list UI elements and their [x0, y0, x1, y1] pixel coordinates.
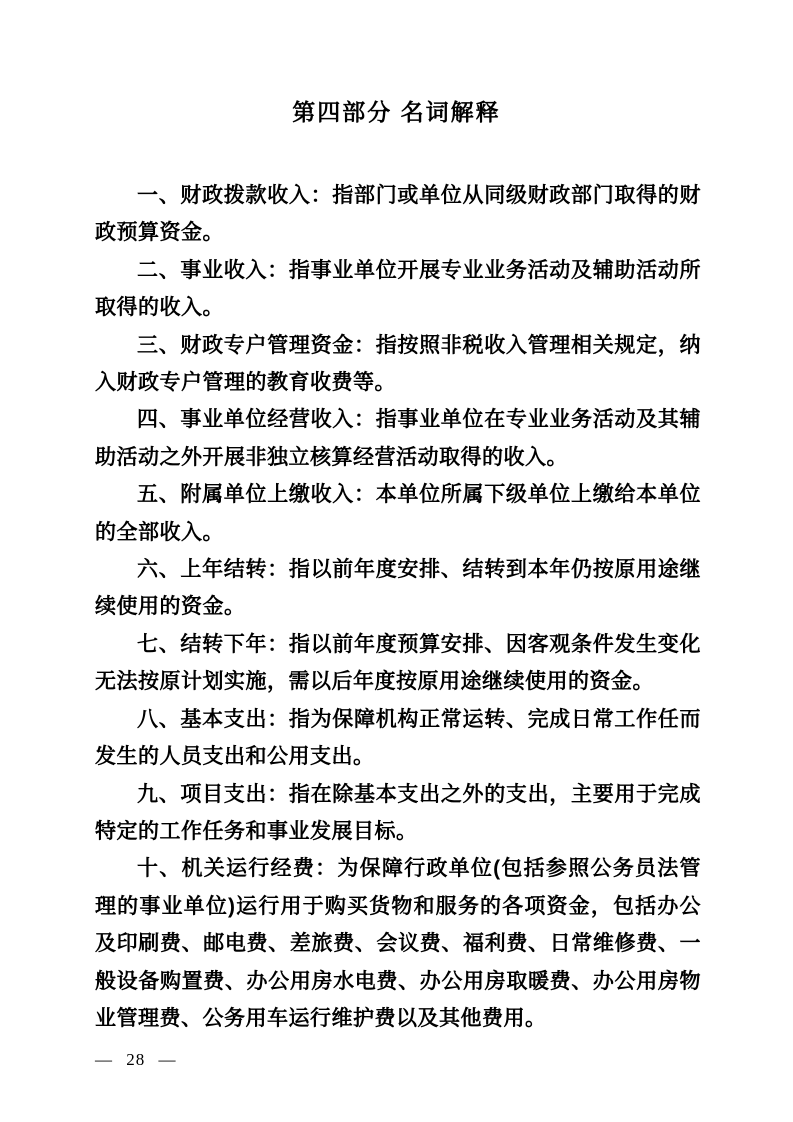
definition-paragraph-9: 九、项目支出：指在除基本支出之外的支出，主要用于完成特定的工作任务和事业发展目标…: [95, 776, 701, 851]
definition-paragraph-7: 七、结转下年：指以前年度预算安排、因客观条件发生变化无法按原计划实施，需以后年度…: [95, 626, 701, 701]
definition-paragraph-2: 二、事业收入：指事业单位开展专业业务活动及辅助活动所取得的收入。: [95, 252, 701, 327]
definition-paragraph-5: 五、附属单位上缴收入：本单位所属下级单位上缴给本单位的全部收入。: [95, 476, 701, 551]
definition-paragraph-10: 十、机关运行经费：为保障行政单位(包括参照公务员法管理的事业单位)运行用于购买货…: [95, 850, 701, 1037]
definition-paragraph-8: 八、基本支出：指为保障机构正常运转、完成日常工作任而发生的人员支出和公用支出。: [95, 701, 701, 776]
definition-paragraph-6: 六、上年结转：指以前年度安排、结转到本年仍按原用途继续使用的资金。: [95, 551, 701, 626]
definition-paragraph-4: 四、事业单位经营收入：指事业单位在专业业务活动及其辅助活动之外开展非独立核算经营…: [95, 401, 701, 476]
document-page: 第四部分 名词解释 一、财政拨款收入：指部门或单位从同级财政部门取得的财政预算资…: [0, 0, 793, 1122]
definitions-list: 一、财政拨款收入：指部门或单位从同级财政部门取得的财政预算资金。 二、事业收入：…: [95, 177, 701, 1037]
definition-paragraph-1: 一、财政拨款收入：指部门或单位从同级财政部门取得的财政预算资金。: [95, 177, 701, 252]
page-title: 第四部分 名词解释: [0, 0, 793, 127]
definition-paragraph-3: 三、财政专户管理资金：指按照非税收入管理相关规定，纳入财政专户管理的教育收费等。: [95, 327, 701, 402]
page-number: — 28 —: [95, 1050, 177, 1070]
